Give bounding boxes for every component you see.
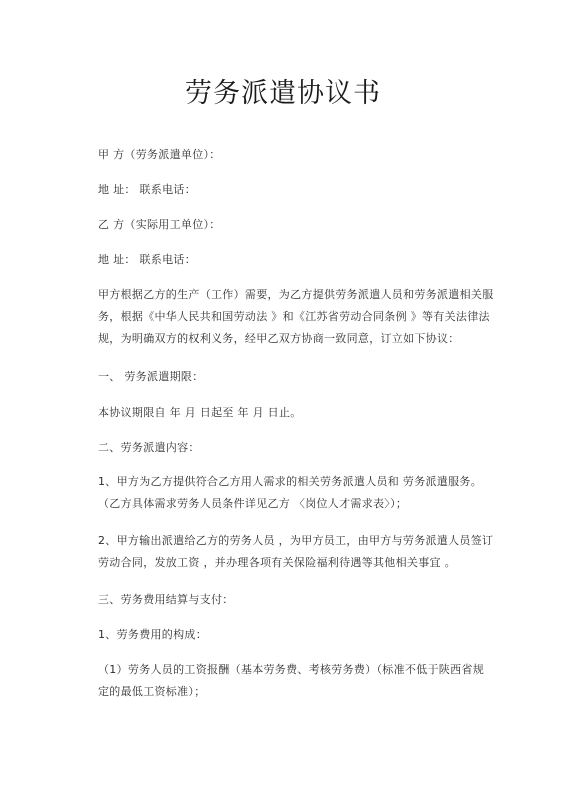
- document-title: 劳务派遣协议书: [0, 74, 566, 114]
- section2-item1-line1: 1、甲方为乙方提供符合乙方用人需求的相关劳务派遣人员和 劳务派遣服务。: [98, 474, 482, 490]
- party-a-address: 地 址： 联系电话：: [98, 182, 196, 198]
- preamble-line-3: 规，为明确双方的权利义务，经甲乙双方协商一致同意，订立如下协议：: [98, 331, 460, 347]
- section3-sub1: 1、劳务费用的构成：: [98, 627, 207, 643]
- document-page: 劳务派遣协议书 甲 方（劳务派遣单位）： 地 址： 联系电话： 乙 方（实际用工…: [0, 0, 566, 800]
- section2-item2-line2: 劳动合同，发放工资 ，并办理各项有关保险福利待遇等其他相关事宜 。: [98, 555, 456, 571]
- section1-text: 本协议期限自 年 月 日起至 年 月 日止。: [98, 405, 302, 421]
- section3-heading: 三、劳务费用结算与支付：: [98, 592, 234, 608]
- preamble-line-1: 甲方根据乙方的生产（工作）需要，为乙方提供劳务派遣人员和劳务派遣相关服: [98, 287, 494, 303]
- section2-item1-line2: （乙方具体需求劳务人员条件详见乙方 〈岗位人才需求表〉）；: [98, 496, 407, 512]
- party-a-label: 甲 方（劳务派遣单位）：: [98, 147, 221, 163]
- section2-heading: 二、劳务派遣内容：: [98, 440, 200, 456]
- party-b-label: 乙 方（实际用工单位）：: [98, 217, 221, 233]
- section3-item1-line2: 定的最低工资标准）；: [98, 684, 206, 700]
- preamble-line-2: 务，根据《中华人民共和国劳动法 》和《江苏省劳动合同条例 》等有关法律法: [98, 309, 490, 325]
- section1-heading: 一、 劳务派遣期限：: [98, 369, 204, 385]
- party-b-address: 地 址： 联系电话：: [98, 252, 196, 268]
- section2-item2-line1: 2、甲方输出派遣给乙方的劳务人员 ，为甲方员工，由甲方与劳务派遣人员签订: [98, 533, 493, 549]
- section3-item1-line1: （1）劳务人员的工资报酬（基本劳务费、考核劳务费）（标准不低于陕西省规: [98, 662, 484, 678]
